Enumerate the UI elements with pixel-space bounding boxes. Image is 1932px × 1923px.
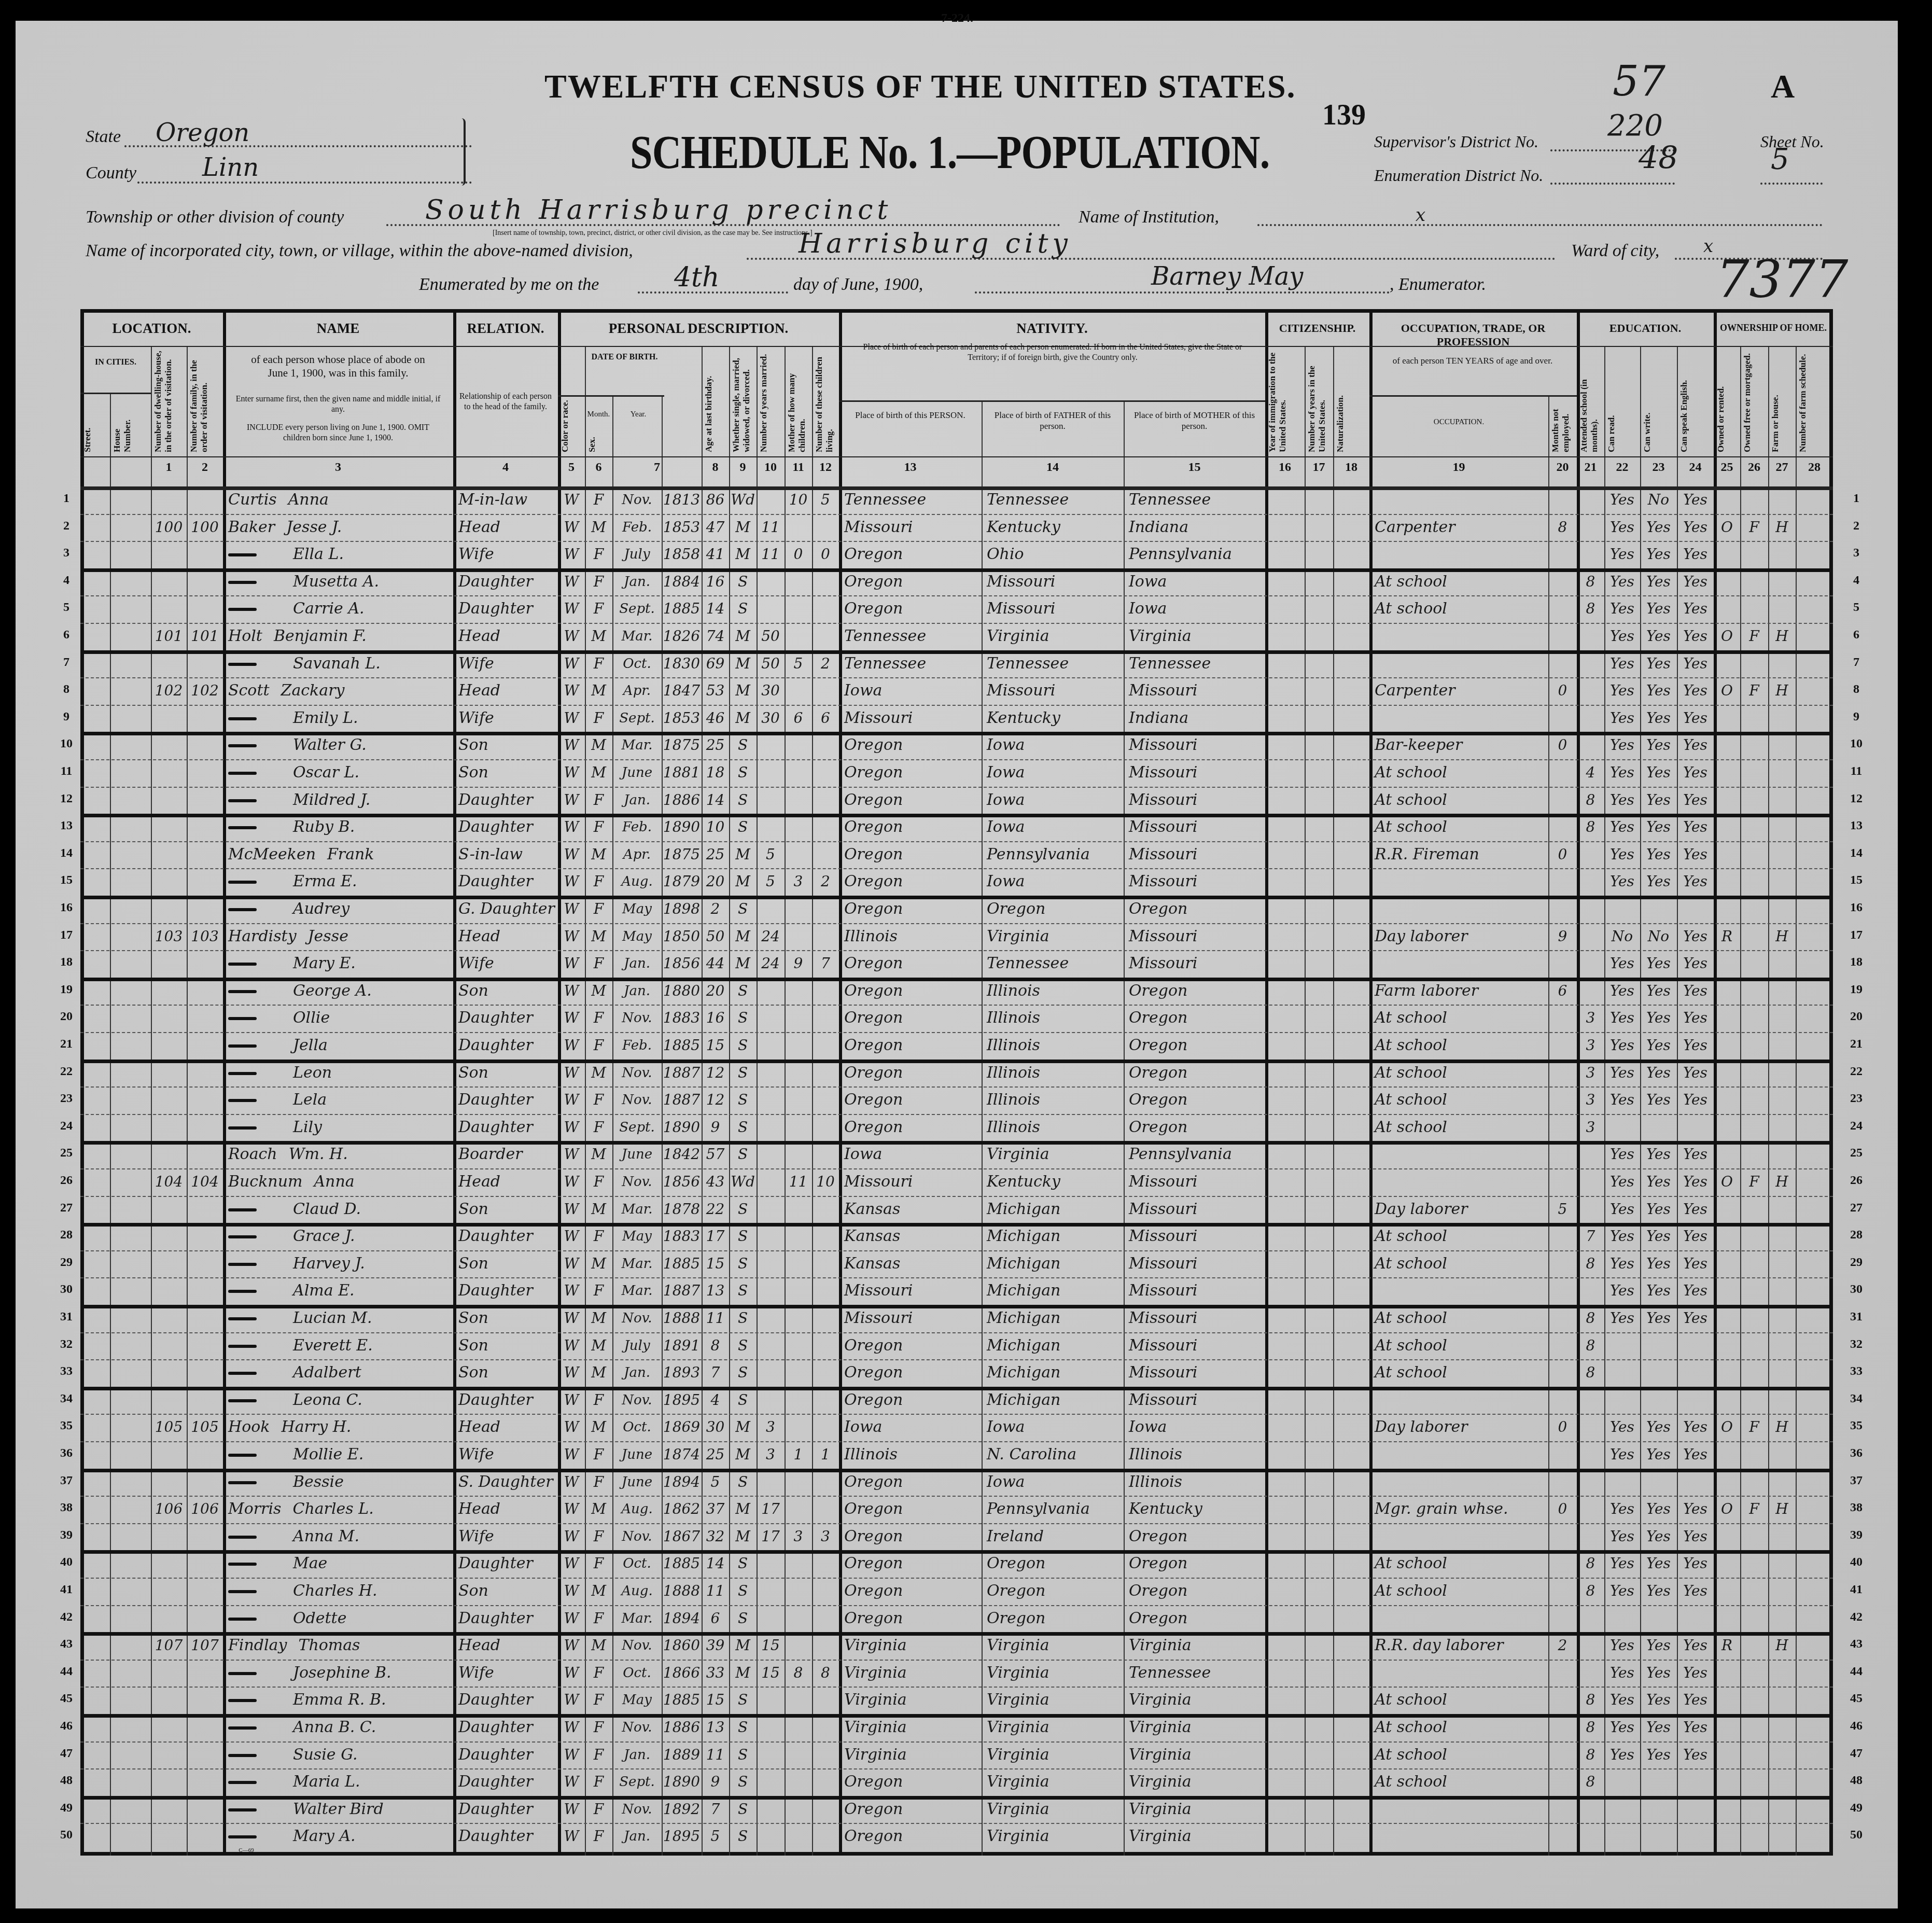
birth-month: Mar. [613, 732, 661, 759]
can-read: Yes [1605, 1578, 1639, 1605]
sex: F [586, 1660, 611, 1687]
family-number: 104 [188, 1168, 222, 1195]
relation: Daughter [458, 1687, 556, 1713]
person-name: Anna M. [228, 1523, 448, 1550]
can-read: Yes [1605, 1305, 1639, 1332]
mother-birthplace: Kentucky [1129, 1496, 1263, 1523]
father-birthplace: Kentucky [987, 1168, 1122, 1195]
mother-birthplace: Missouri [1129, 868, 1263, 895]
can-write: Yes [1641, 1250, 1676, 1277]
birth-month: Feb. [613, 514, 661, 541]
occupation: Carpenter [1375, 677, 1546, 704]
can-write: Yes [1641, 1550, 1676, 1577]
color: W [559, 841, 584, 868]
sheet-number-label: Sheet No. [1760, 132, 1824, 151]
column-label-years-us: Number of years in the United States. [1307, 350, 1331, 452]
ditto-surname-mark [228, 1835, 257, 1838]
line-number-right: 10 [1846, 737, 1867, 751]
can-speak-english: Yes [1678, 1277, 1713, 1304]
children-living: 8 [813, 1660, 838, 1687]
father-birthplace: Michigan [987, 1387, 1122, 1414]
birth-month: Feb. [613, 1032, 661, 1059]
can-read: Yes [1605, 677, 1639, 704]
mother-birthplace: Pennsylvania [1129, 1141, 1263, 1168]
column-number: 13 [839, 461, 982, 475]
father-birthplace: Missouri [987, 677, 1122, 704]
family-number: 105 [188, 1414, 222, 1441]
given-name: Everett E. [293, 1336, 373, 1355]
sex: F [586, 814, 611, 841]
birth-year: 1883 [663, 1005, 701, 1032]
occupation: At school [1375, 1714, 1546, 1741]
can-write: Yes [1641, 1741, 1676, 1768]
can-read: Yes [1605, 1032, 1639, 1059]
father-birthplace: Oregon [987, 896, 1122, 923]
school-months: 3 [1578, 1032, 1603, 1059]
age: 5 [703, 1823, 728, 1850]
occupation: At school [1375, 1741, 1546, 1768]
line-number-left: 13 [56, 819, 77, 833]
birthplace: Missouri [844, 1277, 979, 1304]
color: W [559, 514, 584, 541]
occupation: At school [1375, 787, 1546, 814]
person-name: Mae [228, 1550, 448, 1577]
occupation: At school [1375, 1223, 1546, 1250]
birth-month: Jan. [613, 950, 661, 977]
person-name: Charles H. [228, 1578, 448, 1605]
birthplace: Oregon [844, 1086, 979, 1113]
years-married: 30 [758, 705, 783, 732]
can-speak-english: Yes [1678, 1550, 1713, 1577]
can-read: Yes [1605, 486, 1639, 513]
relation: Son [458, 1250, 556, 1277]
birth-year: 1856 [663, 950, 701, 977]
can-write: No [1641, 923, 1676, 950]
column-number: 14 [982, 461, 1124, 475]
birth-month: Oct. [613, 1414, 661, 1441]
can-write: Yes [1641, 1005, 1676, 1032]
sex: M [586, 978, 611, 1005]
marital-status: Wd [730, 486, 755, 513]
mother-birthplace: Oregon [1129, 1605, 1263, 1632]
can-speak-english: Yes [1678, 1032, 1713, 1059]
color: W [559, 1714, 584, 1741]
given-name: Mae [293, 1554, 327, 1572]
ditto-surname-mark [228, 581, 257, 584]
marital-status: S [730, 896, 755, 923]
nativity-instruction: Place of birth of each person and parent… [850, 342, 1255, 363]
given-name: Mollie E. [293, 1445, 363, 1464]
person-name: Oscar L. [228, 759, 448, 786]
mother-of-children: 6 [786, 705, 811, 732]
sex: F [586, 486, 611, 513]
age: 22 [703, 1196, 728, 1223]
line-number-right: 40 [1846, 1555, 1867, 1569]
ditto-surname-mark [228, 1126, 257, 1130]
birthplace: Kansas [844, 1196, 979, 1223]
section-education: EDUCATION. [1577, 322, 1714, 335]
person-name: Savanah L. [228, 650, 448, 677]
birth-year: 1888 [663, 1578, 701, 1605]
mother-birthplace: Virginia [1129, 1741, 1263, 1768]
marital-status: M [730, 923, 755, 950]
marital-status: M [730, 1660, 755, 1687]
mother-birthplace: Oregon [1129, 1032, 1263, 1059]
birthplace: Virginia [844, 1632, 979, 1659]
relation: S. Daughter [458, 1469, 556, 1496]
can-write: Yes [1641, 1414, 1676, 1441]
color: W [559, 486, 584, 513]
relation: S-in-law [458, 841, 556, 868]
marital-status: M [730, 514, 755, 541]
person-name: Walter G. [228, 732, 448, 759]
relation: Daughter [458, 1741, 556, 1768]
occupation: Mgr. grain whse. [1375, 1496, 1546, 1523]
mother-birthplace: Missouri [1129, 1305, 1263, 1332]
mother-of-children: 0 [786, 541, 811, 568]
birthplace: Kansas [844, 1223, 979, 1250]
marital-status: S [730, 1032, 755, 1059]
age: 9 [703, 1114, 728, 1141]
birth-year: 1886 [663, 787, 701, 814]
sex: F [586, 1741, 611, 1768]
birth-year: 1894 [663, 1469, 701, 1496]
birthplace: Virginia [844, 1660, 979, 1687]
school-months: 8 [1578, 568, 1603, 595]
mother-of-children: 1 [786, 1441, 811, 1468]
marital-status: S [730, 1223, 755, 1250]
father-birthplace: Missouri [987, 568, 1122, 595]
line-number-left: 38 [56, 1501, 77, 1515]
color: W [559, 1305, 584, 1332]
relation: Daughter [458, 1387, 556, 1414]
line-number-left: 4 [56, 574, 77, 588]
marital-status: S [730, 1277, 755, 1304]
relation: Daughter [458, 1714, 556, 1741]
relation: Wife [458, 950, 556, 977]
marital-status: M [730, 950, 755, 977]
family-number: 107 [188, 1632, 222, 1659]
school-months: 8 [1578, 1687, 1603, 1713]
mother-birthplace: Missouri [1129, 787, 1263, 814]
mother-birthplace: Illinois [1129, 1441, 1263, 1468]
mother-birthplace: Oregon [1129, 1578, 1263, 1605]
person-name: Claud D. [228, 1196, 448, 1223]
mother-of-children: 11 [786, 1168, 811, 1195]
sex: M [586, 1305, 611, 1332]
person-name: HoltBenjamin F. [228, 623, 448, 650]
father-birthplace: Oregon [987, 1550, 1122, 1577]
occupation: At school [1375, 568, 1546, 595]
ditto-surname-mark [228, 1781, 257, 1784]
ditto-surname-mark [228, 1454, 257, 1457]
county-value: Linn [202, 153, 259, 182]
person-name: CurtisAnna [228, 486, 448, 513]
children-living: 2 [813, 868, 838, 895]
marital-status: S [730, 1196, 755, 1223]
age: 2 [703, 896, 728, 923]
color: W [559, 623, 584, 650]
can-speak-english: Yes [1678, 1060, 1713, 1086]
marital-status: S [730, 1005, 755, 1032]
line-number-right: 30 [1846, 1283, 1867, 1297]
line-number-left: 34 [56, 1392, 77, 1406]
color: W [559, 732, 584, 759]
sex: M [586, 759, 611, 786]
person-name: Lela [228, 1086, 448, 1113]
father-birthplace: Virginia [987, 623, 1122, 650]
father-birthplace: Michigan [987, 1305, 1122, 1332]
can-read: Yes [1605, 1196, 1639, 1223]
can-speak-english: Yes [1678, 1196, 1713, 1223]
mother-birthplace: Indiana [1129, 514, 1263, 541]
person-name: Mildred J. [228, 787, 448, 814]
can-read: Yes [1605, 978, 1639, 1005]
birth-month: July [613, 541, 661, 568]
surname: Scott [228, 681, 270, 700]
can-speak-english: Yes [1678, 595, 1713, 622]
sex: F [586, 1523, 611, 1550]
birth-year: 1884 [663, 568, 701, 595]
birth-month: Nov. [613, 1086, 661, 1113]
age: 15 [703, 1687, 728, 1713]
family-number: 100 [188, 514, 222, 541]
birth-month: Mar. [613, 1605, 661, 1632]
can-speak-english: Yes [1678, 1168, 1713, 1195]
can-speak-english: Yes [1678, 868, 1713, 895]
birth-month: Sept. [613, 1114, 661, 1141]
marital-status: M [730, 1523, 755, 1550]
birthplace: Oregon [844, 950, 979, 977]
person-name: Walter Bird [228, 1796, 448, 1823]
age: 11 [703, 1741, 728, 1768]
person-name: Ella L. [228, 541, 448, 568]
marital-status: S [730, 1332, 755, 1359]
mother-birthplace: Virginia [1129, 1687, 1263, 1713]
age: 14 [703, 787, 728, 814]
birthplace: Oregon [844, 732, 979, 759]
sex: M [586, 1250, 611, 1277]
sex: F [586, 595, 611, 622]
birth-month: May [613, 1223, 661, 1250]
marital-status: S [730, 732, 755, 759]
marital-status: S [730, 814, 755, 841]
months-unemployed: 0 [1549, 1414, 1576, 1441]
mother-of-children: 8 [786, 1660, 811, 1687]
sex: M [586, 1332, 611, 1359]
relation: Son [458, 1332, 556, 1359]
age: 15 [703, 1032, 728, 1059]
birth-year: 1890 [663, 814, 701, 841]
birth-month: Nov. [613, 486, 661, 513]
color: W [559, 1196, 584, 1223]
birth-month: Sept. [613, 595, 661, 622]
line-number-left: 48 [56, 1774, 77, 1788]
can-read: Yes [1605, 759, 1639, 786]
person-name: Emma R. B. [228, 1687, 448, 1713]
surname: Holt [228, 627, 262, 645]
column-number: 20 [1548, 461, 1577, 475]
birthplace: Oregon [844, 1359, 979, 1386]
column-number: 12 [812, 461, 839, 475]
name-instruction-2: Enter surname first, then the given name… [233, 394, 443, 415]
person-name: FindlayThomas [228, 1632, 448, 1659]
birth-year: 1895 [663, 1387, 701, 1414]
occupation: Day laborer [1375, 923, 1546, 950]
color: W [559, 1605, 584, 1632]
can-read: Yes [1605, 1523, 1639, 1550]
color: W [559, 1032, 584, 1059]
occupation: At school [1375, 1060, 1546, 1086]
mother-birthplace: Oregon [1129, 978, 1263, 1005]
sex: F [586, 1687, 611, 1713]
mother-of-children: 3 [786, 1523, 811, 1550]
can-speak-english: Yes [1678, 705, 1713, 732]
occupation: At school [1375, 1086, 1546, 1113]
given-name: Wm. H. [289, 1145, 348, 1163]
farm-house: H [1769, 623, 1795, 650]
line-number-left: 29 [56, 1256, 77, 1270]
relation: Son [458, 759, 556, 786]
given-name: Josephine B. [293, 1664, 391, 1682]
ditto-surname-mark [228, 1372, 257, 1375]
line-number-right: 48 [1846, 1774, 1867, 1788]
given-name: Adalbert [293, 1363, 361, 1382]
column-number: 23 [1640, 461, 1677, 475]
relation: M-in-law [458, 486, 556, 513]
birthplace: Oregon [844, 841, 979, 868]
birthplace: Oregon [844, 595, 979, 622]
birth-year: 1874 [663, 1441, 701, 1468]
color: W [559, 1632, 584, 1659]
color: W [559, 1332, 584, 1359]
marital-status: S [730, 1605, 755, 1632]
sheet-letter: A [1771, 67, 1795, 106]
person-name: MorrisCharles L. [228, 1496, 448, 1523]
person-name: Musetta A. [228, 568, 448, 595]
mother-birthplace: Iowa [1129, 1414, 1263, 1441]
person-name: McMeekenFrank [228, 841, 448, 868]
school-months: 8 [1578, 1332, 1603, 1359]
column-label-school: Attended school (in months). [1579, 350, 1602, 452]
birthplace: Oregon [844, 541, 979, 568]
ditto-surname-mark [228, 663, 257, 666]
birth-year: 1885 [663, 1032, 701, 1059]
can-speak-english: Yes [1678, 841, 1713, 868]
birthplace: Oregon [844, 814, 979, 841]
ditto-surname-mark [228, 826, 257, 829]
father-birthplace: Pennsylvania [987, 841, 1122, 868]
age: 74 [703, 623, 728, 650]
column-label-family: Number of family, in the order of visita… [189, 350, 221, 452]
line-number-right: 43 [1846, 1637, 1867, 1651]
mother-birthplace: Missouri [1129, 1168, 1263, 1195]
line-number-right: 11 [1846, 764, 1867, 778]
years-married: 15 [758, 1632, 783, 1659]
sex: F [586, 950, 611, 977]
column-number: 27 [1768, 461, 1796, 475]
column-label-years-married: Number of years married. [759, 350, 782, 452]
can-write: Yes [1641, 1687, 1676, 1713]
given-name: Leona C. [293, 1391, 362, 1409]
section-citizenship: CITIZENSHIP. [1265, 322, 1369, 335]
occupation: At school [1375, 1305, 1546, 1332]
age: 16 [703, 568, 728, 595]
birth-year: 1893 [663, 1359, 701, 1386]
farm-house: H [1769, 1414, 1795, 1441]
can-read: Yes [1605, 1714, 1639, 1741]
father-birthplace: Iowa [987, 1469, 1122, 1496]
sex: M [586, 1141, 611, 1168]
ditto-surname-mark [228, 990, 257, 993]
birth-month: Nov. [613, 1523, 661, 1550]
age: 13 [703, 1714, 728, 1741]
mother-birthplace: Missouri [1129, 1332, 1263, 1359]
age: 53 [703, 677, 728, 704]
line-number-left: 50 [56, 1828, 77, 1842]
line-number-left: 9 [56, 710, 77, 724]
can-speak-english: Yes [1678, 1523, 1713, 1550]
can-write: Yes [1641, 787, 1676, 814]
line-number-left: 25 [56, 1146, 77, 1160]
relation: Head [458, 1168, 556, 1195]
father-birthplace: Tennessee [987, 486, 1122, 513]
marital-status: M [730, 1414, 755, 1441]
column-number: 19 [1369, 461, 1548, 475]
occupation: At school [1375, 1550, 1546, 1577]
sex: M [586, 514, 611, 541]
mother-birthplace: Oregon [1129, 896, 1263, 923]
can-write: Yes [1641, 623, 1676, 650]
given-name: Claud D. [293, 1200, 361, 1218]
can-speak-english: Yes [1678, 541, 1713, 568]
mother-birthplace: Missouri [1129, 732, 1263, 759]
months-unemployed: 0 [1549, 1496, 1576, 1523]
children-living: 3 [813, 1523, 838, 1550]
can-read: Yes [1605, 1414, 1639, 1441]
age: 50 [703, 923, 728, 950]
given-name: Anna [314, 1173, 354, 1191]
can-write: Yes [1641, 814, 1676, 841]
line-number-left: 33 [56, 1364, 77, 1378]
line-number-left: 49 [56, 1801, 77, 1815]
person-name: ScottZackary [228, 677, 448, 704]
ditto-surname-mark [228, 1618, 257, 1621]
occupation: Day laborer [1375, 1414, 1546, 1441]
birthplace: Oregon [844, 1768, 979, 1795]
given-name: Grace J. [293, 1227, 355, 1245]
line-number-right: 21 [1846, 1037, 1867, 1051]
relation: Head [458, 1632, 556, 1659]
father-birthplace: Illinois [987, 1086, 1122, 1113]
column-label-write: Can write. [1642, 350, 1675, 452]
birth-month: Oct. [613, 650, 661, 677]
color: W [559, 1660, 584, 1687]
owned-rented: O [1715, 623, 1739, 650]
stamp-number: 139 [1322, 99, 1366, 132]
line-number-left: 19 [56, 983, 77, 997]
section-nativity: NATIVITY. [839, 320, 1265, 337]
given-name: Zackary [281, 681, 345, 700]
can-speak-english: Yes [1678, 950, 1713, 977]
birth-month: Mar. [613, 623, 661, 650]
can-speak-english: Yes [1678, 650, 1713, 677]
sex: M [586, 923, 611, 950]
relation: Head [458, 514, 556, 541]
section-location: LOCATION. [80, 320, 223, 337]
line-number-left: 28 [56, 1228, 77, 1242]
relation: Head [458, 623, 556, 650]
